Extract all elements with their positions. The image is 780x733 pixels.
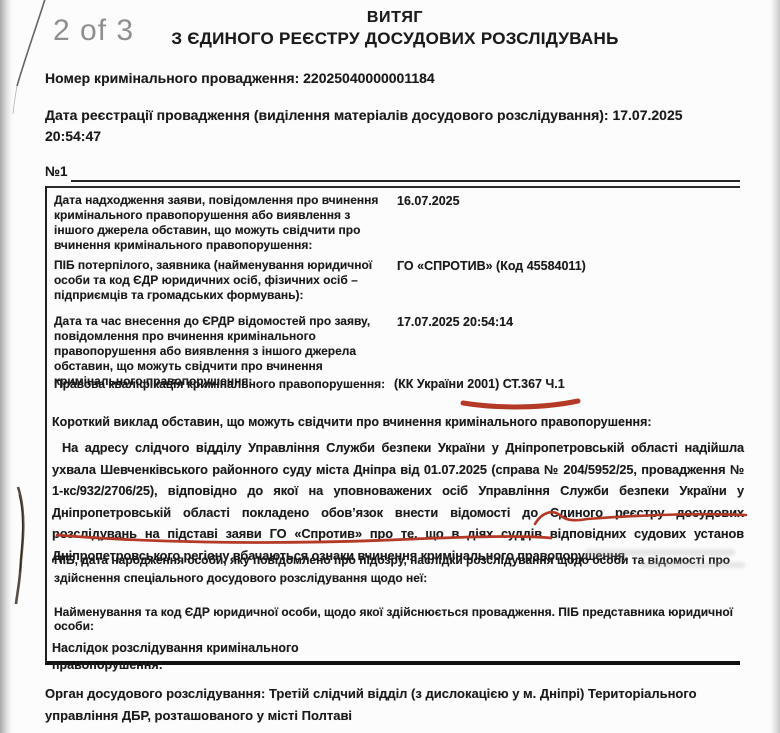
- record-number-underline: [71, 180, 740, 182]
- page-right-edge-shadow: [770, 0, 780, 733]
- page-left-edge-shadow: [0, 0, 13, 733]
- fold-crease-tail: [13, 86, 17, 114]
- table-row-label-receipt-date: Дата надходження заяви, повідомлення про…: [54, 193, 386, 253]
- scanned-document-page: 2 of 3 ВИТЯГ З ЄДИНОГО РЕЄСТРУ ДОСУДОВИХ…: [0, 0, 780, 733]
- document-title: ВИТЯГ: [40, 9, 750, 27]
- scan-hair-artifact: [16, 487, 23, 604]
- table-row-value-legal-qualification: (КК України 2001) СТ.367 Ч.1: [394, 377, 565, 391]
- table-row-value-applicant: ГО «СПРОТИВ» (Код 45584011): [397, 259, 586, 273]
- case-number-line: Номер кримінального провадження: 2202504…: [45, 70, 435, 86]
- scan-smudge: [640, 562, 745, 568]
- record-number-label: №1: [45, 164, 68, 179]
- summary-heading: Короткий виклад обставин, що можуть свід…: [52, 415, 742, 429]
- investigation-outcome-label: Наслідок розслідування кримінального пра…: [52, 640, 302, 673]
- investigation-body-line: Орган досудового розслідування: Третій с…: [45, 683, 767, 726]
- table-row-value-erdr-entry: 17.07.2025 20:54:14: [397, 315, 513, 329]
- table-row-label-legal-qualification: Правова кваліфікація кримінального право…: [54, 377, 394, 392]
- suspect-info-label: ПІБ, дата народження особи, яку повідомл…: [54, 552, 744, 587]
- table-row-label-applicant: ПІБ потерпілого, заявника (найменування …: [54, 258, 399, 303]
- legal-entity-label: Найменування та код ЄДР юридичної особи,…: [54, 605, 754, 633]
- document-subtitle: З ЄДИНОГО РЕЄСТРУ ДОСУДОВИХ РОЗСЛІДУВАНЬ: [40, 29, 750, 49]
- summary-paragraph: На адресу слідчого відділу Управління Сл…: [52, 437, 744, 566]
- registration-date-line: Дата реєстрації провадження (виділення м…: [45, 105, 700, 147]
- scan-hair-artifact-inner: [19, 495, 23, 572]
- scan-smudge: [585, 549, 735, 556]
- table-row-value-receipt-date: 16.07.2025: [397, 194, 460, 208]
- register-table: Дата надходження заяви, повідомлення про…: [45, 186, 740, 665]
